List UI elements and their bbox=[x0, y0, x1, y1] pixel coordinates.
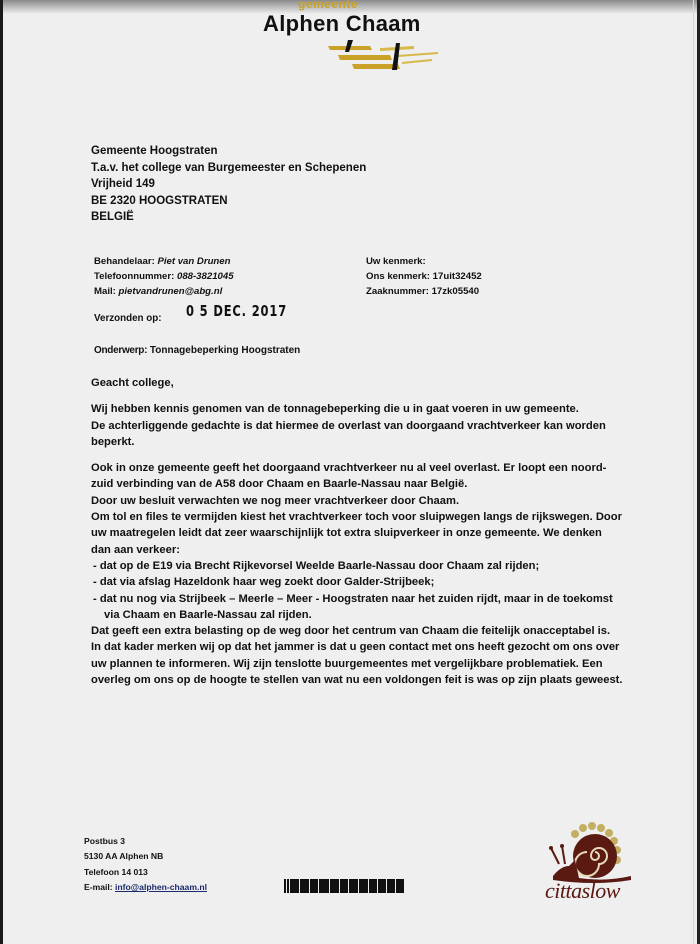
recipient-line: Vrijheid 149 bbox=[91, 176, 366, 193]
phone-label: Telefoonnummer: bbox=[94, 271, 174, 282]
body-line: In dat kader merken wij op dat het jamme… bbox=[91, 639, 631, 655]
body-line: Ook in onze gemeente geeft het doorgaand… bbox=[91, 460, 631, 476]
barcode bbox=[284, 879, 404, 893]
case-label: Zaaknummer: bbox=[366, 286, 429, 297]
date-stamp: 0 5 DEC. 2017 bbox=[186, 302, 287, 320]
bullet-item: - dat op de E19 via Brecht Rijkevorsel W… bbox=[91, 558, 631, 574]
mail-value: pietvandrunen@abg.nl bbox=[119, 286, 223, 297]
reference-info: Uw kenmerk: Ons kenmerk: 17uit32452 Zaak… bbox=[366, 254, 482, 299]
recipient-line: Gemeente Hoogstraten bbox=[91, 143, 366, 160]
body-line: De achterliggende gedachte is dat hierme… bbox=[91, 418, 631, 434]
mail-label: Mail: bbox=[94, 286, 116, 297]
scan-edge-line bbox=[693, 0, 694, 944]
body-line: Dat geeft een extra belasting op de weg … bbox=[91, 623, 631, 639]
body-line: Wij hebben kennis genomen van de tonnage… bbox=[91, 401, 631, 417]
snail-icon bbox=[535, 820, 645, 884]
footer-email-link[interactable]: info@alphen-chaam.nl bbox=[115, 882, 207, 892]
logo-arrows-icon bbox=[328, 40, 448, 76]
body-line: beperkt. bbox=[91, 434, 631, 450]
footer-email-label: E-mail: bbox=[84, 882, 113, 892]
case-value: 17zk05540 bbox=[432, 286, 479, 297]
recipient-line: BELGIË bbox=[91, 209, 366, 226]
bullet-item: - dat nu nog via Strijbeek – Meerle – Me… bbox=[91, 591, 631, 607]
body-line: dan aan verkeer: bbox=[91, 542, 631, 558]
body-line: uw plannen te informeren. Wij zijn tensl… bbox=[91, 656, 631, 672]
body-line: overleg om ons op de hoogte te stellen v… bbox=[91, 672, 631, 688]
salutation: Geacht college, bbox=[91, 375, 631, 391]
subject-label: Onderwerp: bbox=[94, 345, 147, 356]
handler-value: Piet van Drunen bbox=[157, 256, 230, 267]
handler-label: Behandelaar: bbox=[94, 256, 155, 267]
footer-postbus: Postbus 3 bbox=[84, 834, 207, 849]
subject-line: Onderwerp: Tonnagebeperking Hoogstraten bbox=[94, 345, 300, 356]
footer-address: Postbus 3 5130 AA Alphen NB Telefoon 14 … bbox=[84, 834, 207, 896]
municipality-logo: gemeente Alphen Chaam bbox=[258, 0, 458, 76]
our-ref-label: Ons kenmerk: bbox=[366, 271, 430, 282]
logo-title: Alphen Chaam bbox=[263, 11, 421, 37]
your-ref-label: Uw kenmerk: bbox=[366, 256, 426, 267]
phone-value: 088-3821045 bbox=[177, 271, 234, 282]
recipient-line: T.a.v. het college van Burgemeester en S… bbox=[91, 160, 366, 177]
letter-body: Geacht college, Wij hebben kennis genome… bbox=[91, 375, 631, 688]
footer-phone: Telefoon 14 013 bbox=[84, 865, 207, 880]
body-line: zuid verbinding van de A58 door Chaam en… bbox=[91, 476, 631, 492]
bullet-continuation: via Chaam en Baarle-Nassau zal rijden. bbox=[91, 607, 631, 623]
scan-edge-left bbox=[0, 0, 3, 944]
body-line: Door uw besluit verwachten we nog meer v… bbox=[91, 493, 631, 509]
subject-value: Tonnagebeperking Hoogstraten bbox=[150, 345, 300, 356]
handler-info: Behandelaar: Piet van Drunen Telefoonnum… bbox=[94, 254, 234, 299]
bullet-item: - dat via afslag Hazeldonk haar weg zoek… bbox=[91, 574, 631, 590]
recipient-line: BE 2320 HOOGSTRATEN bbox=[91, 193, 366, 210]
footer-postcode: 5130 AA Alphen NB bbox=[84, 849, 207, 864]
body-line: uw maatregelen leidt dat zeer waarschijn… bbox=[91, 525, 631, 541]
logo-subtitle: gemeente bbox=[298, 0, 358, 11]
cittaslow-text: cittaslow bbox=[545, 878, 620, 904]
body-line: Om tol en files te vermijden kiest het v… bbox=[91, 509, 631, 525]
recipient-address: Gemeente Hoogstraten T.a.v. het college … bbox=[91, 143, 366, 226]
cittaslow-logo: cittaslow bbox=[535, 820, 645, 905]
our-ref-value: 17uit32452 bbox=[433, 271, 482, 282]
sent-label: Verzonden op: bbox=[94, 313, 162, 324]
